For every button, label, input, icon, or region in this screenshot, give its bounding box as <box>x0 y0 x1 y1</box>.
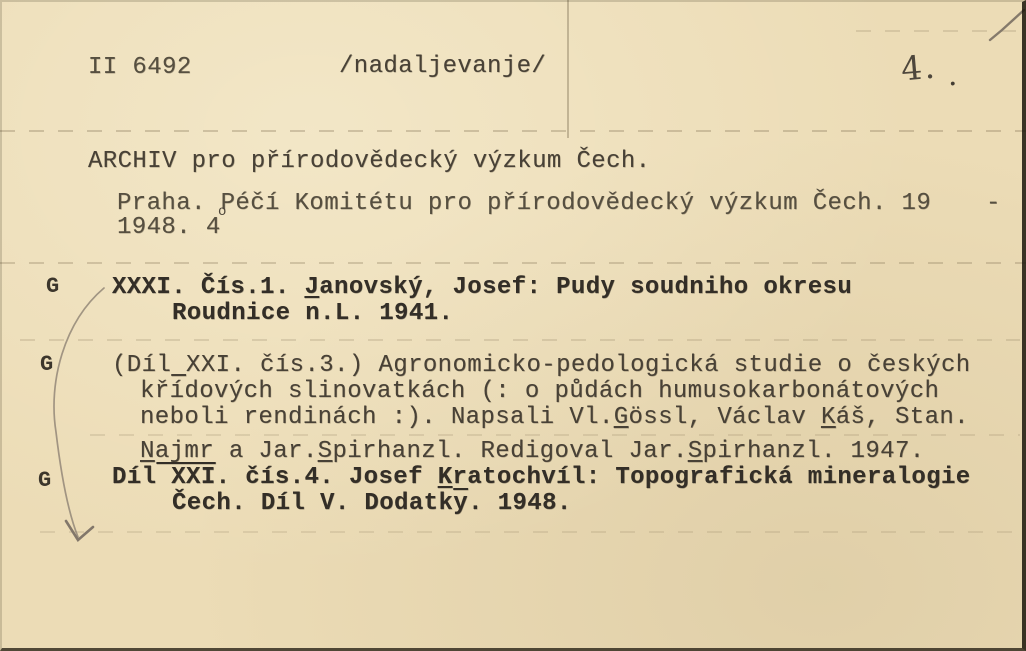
pencil-checkmark-icon <box>990 10 1024 40</box>
entry-text-segment: anovský, Josef: Pudy soudniho okresu <box>319 274 852 301</box>
entry-text-segment: áš, Stan. <box>836 404 969 431</box>
entry-text-segment: G <box>614 404 629 431</box>
entry-text-segment: össl, Václav <box>629 404 821 431</box>
imprint-line-1: Praha. Péčí Komitétu pro přírodovědecký … <box>117 192 931 216</box>
entry-text-segment: K <box>438 464 453 491</box>
pencil-arrowhead-icon <box>66 521 93 540</box>
continuation-note: /nadaljevanje/ <box>339 55 546 79</box>
guide-line <box>0 262 1026 264</box>
entry-text-segment: Díl <box>112 464 156 491</box>
entry-text-segment: y <box>453 490 468 517</box>
entry-text-segment <box>171 352 186 379</box>
entry-line-e3l2: Čech. Díl V. Dodatky. 1948. <box>172 492 572 516</box>
sheet-number-extra-dot: . <box>948 58 958 93</box>
entry-line-e1l1: XXXI. Čís.1. Janovský, Josef: Pudy soudn… <box>112 276 852 300</box>
entry-text-segment: XXI <box>156 464 215 491</box>
entry-text-segment: S <box>318 438 333 465</box>
entry-text-segment: XXXI. Čís.1. <box>112 274 304 301</box>
entry-text-segment: pirhanzl. Redigoval Jar. <box>332 438 687 465</box>
imprint-open-date-dash: - <box>986 192 1001 216</box>
entry-margin-letter: G <box>40 352 53 377</box>
entry-text-segment: S <box>688 438 703 465</box>
entry-text-segment: J <box>304 274 319 301</box>
series-heading: ARCHIV pro přírodovědecký výzkum Čech. <box>88 150 651 174</box>
catalog-card: II 6492 /nadaljevanje/ 4. . ARCHIV pro p… <box>0 0 1026 651</box>
call-number: II 6492 <box>88 56 192 80</box>
guide-line <box>40 531 1015 533</box>
entry-text-segment: ajmr a Jar. <box>155 438 318 465</box>
entry-text-segment: neboli rendinách :). Napsali Vl. <box>140 404 614 431</box>
entry-line-e1l2: Roudnice n.L. 1941. <box>172 302 453 326</box>
entry-text-segment: pirhanzl. 1947. <box>703 438 925 465</box>
guide-line <box>90 434 1020 436</box>
entry-text-segment: křídových slinovatkách (: o půdách humus… <box>140 378 939 405</box>
card-crease <box>567 0 569 138</box>
entry-line-e2l2: křídových slinovatkách (: o půdách humus… <box>140 380 939 404</box>
entry-line-e3l1: Díl XXI. čís.4. Josef Kratochvíl: Topogr… <box>112 466 971 490</box>
imprint-line-2: 1948. 4 <box>117 216 221 240</box>
sheet-number-annotation: 4. <box>899 47 938 89</box>
entry-line-e2l3: neboli rendinách :). Napsali Vl.Gössl, V… <box>140 406 969 430</box>
entry-line-e2l4: Najmr a Jar.Spirhanzl. Redigoval Jar.Spi… <box>140 440 925 464</box>
pencil-marks-layer <box>0 0 1026 651</box>
guide-line <box>0 130 1026 132</box>
format-superscript: o <box>218 204 226 220</box>
entry-text-segment: XXI. čís.3.) Agronomicko-pedologická stu… <box>186 352 971 379</box>
entry-text-segment: . čís.4. Josef <box>216 464 438 491</box>
entry-margin-letter: G <box>38 468 51 493</box>
guide-line <box>856 30 1016 32</box>
entry-margin-letter: G <box>46 274 59 299</box>
scan-edge-frame <box>0 0 1026 651</box>
entry-text-segment: ratochvíl: Topografická mineralogie <box>453 464 971 491</box>
pencil-curved-arrow <box>54 288 104 537</box>
entry-text-segment: K <box>821 404 836 431</box>
entry-text-segment: Čech. Díl V. Dodatk <box>172 490 453 517</box>
entry-text-segment: Roudnice n.L. 1941. <box>172 300 453 327</box>
entry-text-segment: N <box>140 438 155 465</box>
guide-line <box>20 339 1020 341</box>
entry-text-segment: (Díl <box>112 352 171 379</box>
entry-line-e2l1: (Díl XXI. čís.3.) Agronomicko-pedologick… <box>112 354 971 378</box>
entry-text-segment: . 1948. <box>468 490 572 517</box>
